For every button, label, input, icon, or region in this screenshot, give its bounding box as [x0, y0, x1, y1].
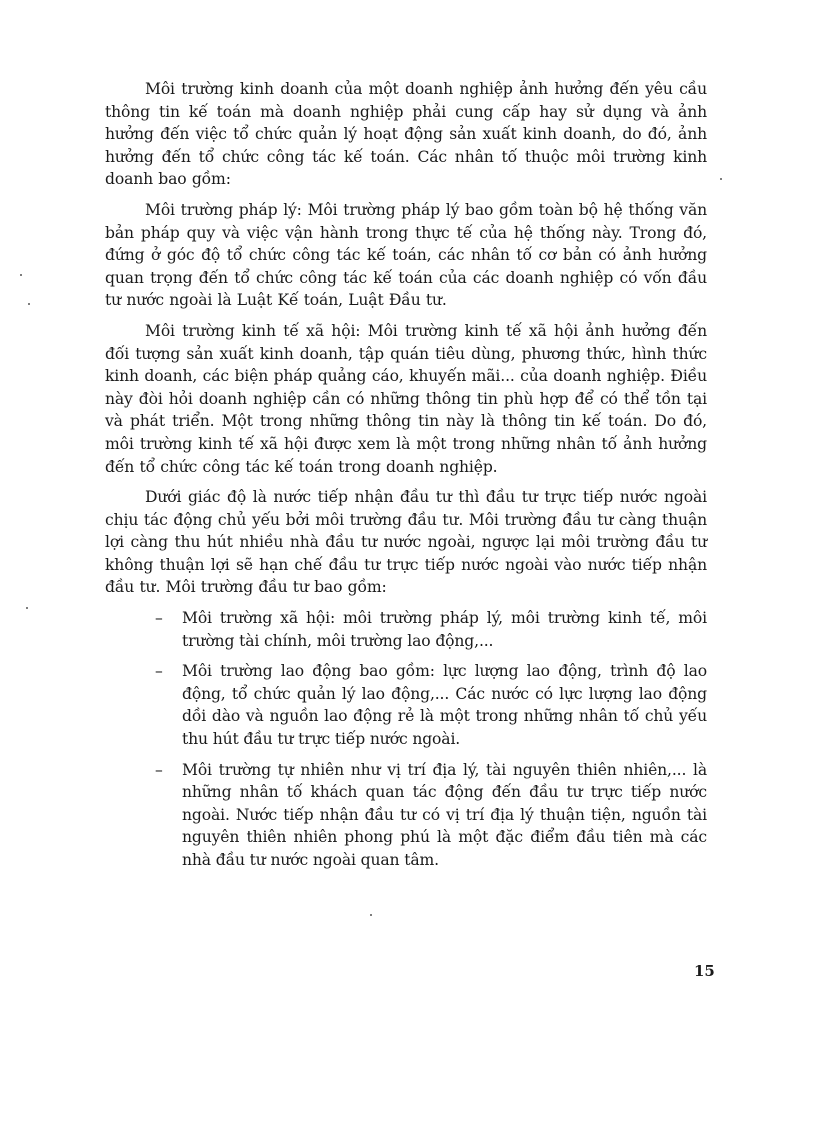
- investment-environment-list: – Môi trường xã hội: môi trường pháp lý,…: [105, 607, 707, 872]
- list-item-text: Môi trường lao động bao gồm: lực lượng l…: [182, 662, 707, 748]
- scan-speck: [720, 178, 722, 180]
- list-item-natural-environment: – Môi trường tự nhiên như vị trí địa lý,…: [105, 759, 707, 872]
- list-item-text: Môi trường xã hội: môi trường pháp lý, m…: [182, 609, 707, 650]
- dash-bullet-icon: –: [155, 759, 163, 782]
- page-number: 15: [694, 962, 715, 980]
- list-item-social-environment: – Môi trường xã hội: môi trường pháp lý,…: [105, 607, 707, 652]
- dash-bullet-icon: –: [155, 660, 163, 683]
- paragraph-investment-environment: Dưới giác độ là nước tiếp nhận đầu tư th…: [105, 486, 707, 599]
- dash-bullet-icon: –: [155, 607, 163, 630]
- scan-speck: [370, 914, 372, 916]
- scan-speck: [20, 274, 22, 276]
- paragraph-business-environment: Môi trường kinh doanh của một doanh nghi…: [105, 78, 707, 191]
- paragraph-legal-environment: Môi trường pháp lý: Môi trường pháp lý b…: [105, 199, 707, 312]
- list-item-text: Môi trường tự nhiên như vị trí địa lý, t…: [182, 761, 707, 869]
- list-item-labor-environment: – Môi trường lao động bao gồm: lực lượng…: [105, 660, 707, 750]
- scan-speck: [26, 607, 28, 609]
- paragraph-socio-economic-environment: Môi trường kinh tế xã hội: Môi trường ki…: [105, 320, 707, 478]
- page-body: Môi trường kinh doanh của một doanh nghi…: [105, 78, 707, 880]
- scan-speck: [28, 303, 30, 305]
